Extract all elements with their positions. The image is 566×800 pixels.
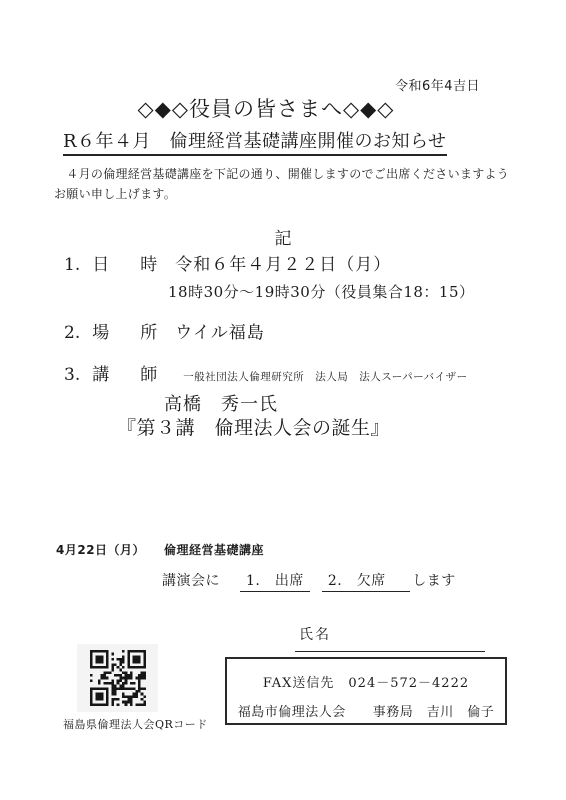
item-number: 2.: [64, 323, 80, 343]
attend-option-present: 1. 出席: [240, 573, 310, 592]
attend-prefix: 講演会に: [162, 573, 220, 589]
date-line: 令和6年4吉日: [395, 75, 480, 94]
item-label-place: 場 所: [92, 323, 164, 343]
name-label: 氏名: [299, 627, 331, 643]
qr-code-block: [77, 644, 158, 712]
intro-paragraph: ４月の倫理経営基礎講座を下記の通り、開催しますのでご出席くださいますよう お願い…: [54, 165, 520, 204]
form-event-line: 4月22日（月） 倫理経営基礎講座: [56, 541, 264, 558]
record-marker: 記: [0, 224, 566, 249]
item-value-place: ウイル福島: [175, 323, 265, 343]
attend-option-absent: 2. 欠席: [322, 573, 410, 592]
qr-code: [90, 650, 146, 706]
item-number: 3.: [64, 365, 80, 385]
item-value-time: 18時30分～19時30分（役員集合18：15）: [168, 281, 475, 302]
item-number: 1.: [64, 255, 80, 275]
item-value-datetime: 令和６年４月２２日（月）: [175, 255, 391, 275]
intro-line-1: ４月の倫理経営基礎講座を下記の通り、開催しますのでご出席くださいますよう: [54, 165, 520, 185]
lecture-title: 『第３講 倫理法人会の誕生』: [117, 413, 390, 440]
fax-contact-line: 福島市倫理法人会 事務局 吉川 倫子: [227, 701, 505, 720]
notice-page: 令和6年4吉日 ◇◆◇役員の皆さまへ◇◆◇ R６年４月 倫理経営基礎講座開催のお…: [0, 0, 566, 800]
item-label-datetime: 日 時: [92, 255, 164, 275]
lecturer-affiliation: 一般社団法人倫理研究所 法人局 法人スーパーバイザー: [183, 371, 467, 383]
item-place: 2.場 所ウイル福島: [64, 318, 265, 343]
item-datetime: 1.日 時令和６年４月２２日（月）: [64, 250, 391, 275]
name-field: 氏名: [295, 624, 485, 652]
page-title: ◇◆◇役員の皆さまへ◇◆◇: [0, 93, 566, 123]
intro-line-2: お願い申し上げます。: [54, 185, 520, 205]
fax-box: FAX送信先 024－572－4222 福島市倫理法人会 事務局 吉川 倫子: [225, 657, 507, 725]
notice-subtitle: R６年４月 倫理経営基礎講座開催のお知らせ: [63, 127, 447, 156]
attendance-line: 講演会に1. 出席2. 欠席 します: [162, 570, 456, 590]
item-label-lecturer: 講 師: [92, 365, 164, 385]
qr-caption: 福島県倫理法人会QRコード: [63, 716, 208, 732]
fax-number-line: FAX送信先 024－572－4222: [227, 672, 505, 691]
item-lecturer: 3.講 師一般社団法人倫理研究所 法人局 法人スーパーバイザー: [64, 360, 468, 385]
attend-suffix: します: [412, 573, 456, 589]
